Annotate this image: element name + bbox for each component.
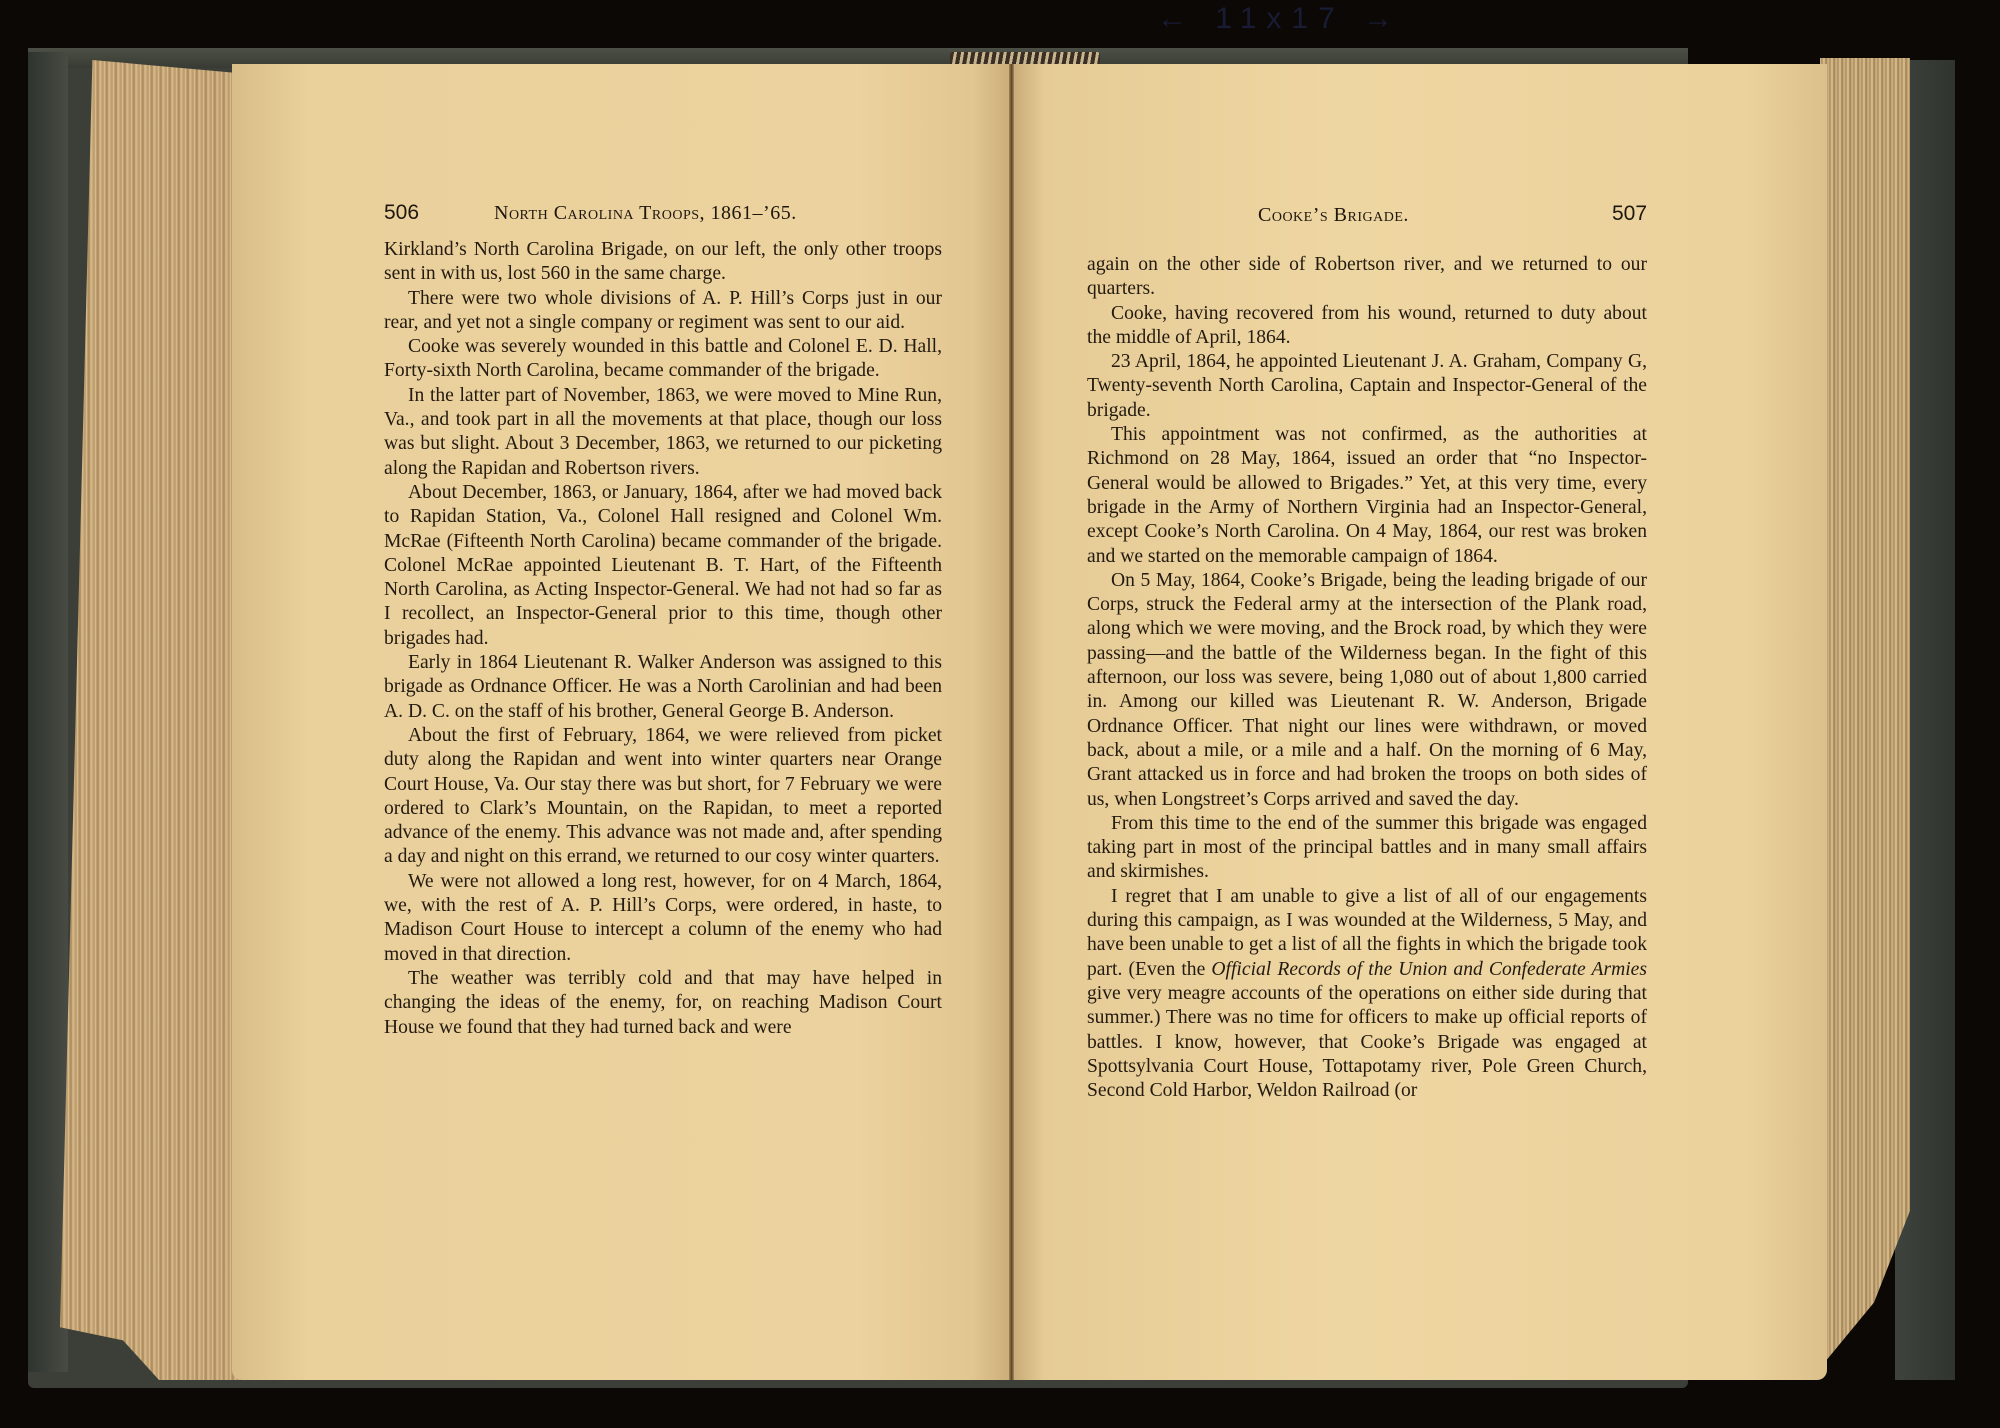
- paragraph: again on the other side of Robertson riv…: [1087, 253, 1647, 302]
- paragraph: We were not allowed a long rest, however…: [384, 870, 942, 967]
- italic-citation: Official Records of the Union and Confed…: [1211, 959, 1647, 980]
- paragraph: About the first of February, 1864, we we…: [384, 724, 942, 870]
- paragraph-text: give very meagre accounts of the operati…: [1087, 983, 1647, 1101]
- page-edges-right: [1820, 58, 1910, 1368]
- left-page-number: 506: [384, 201, 419, 225]
- scan-size-label: ← 11x17 →: [1090, 2, 1470, 42]
- paragraph: This appointment was not confirmed, as t…: [1087, 423, 1647, 569]
- right-running-head: Cooke’s Brigade.: [1258, 204, 1409, 227]
- left-page-body: Kirkland’s North Carolina Brigade, on ou…: [384, 238, 942, 1040]
- paragraph: About December, 1863, or January, 1864, …: [384, 481, 942, 651]
- paragraph: Early in 1864 Lieutenant R. Walker Ander…: [384, 651, 942, 724]
- paragraph-with-citation: I regret that I am unable to give a list…: [1087, 885, 1647, 1104]
- paragraph: There were two whole divisions of A. P. …: [384, 287, 942, 336]
- book-gutter: [1009, 64, 1014, 1380]
- paragraph: In the latter part of November, 1863, we…: [384, 384, 942, 481]
- paragraph: On 5 May, 1864, Cooke’s Brigade, being t…: [1087, 569, 1647, 812]
- right-page-number: 507: [1612, 202, 1647, 226]
- right-page-body: again on the other side of Robertson riv…: [1087, 253, 1647, 1103]
- paragraph: Cooke, having recovered from his wound, …: [1087, 302, 1647, 351]
- paragraph: From this time to the end of the summer …: [1087, 812, 1647, 885]
- book-cover-left-edge: [28, 52, 68, 1372]
- left-running-head: North Carolina Troops, 1861–’65.: [494, 202, 797, 225]
- paragraph: 23 April, 1864, he appointed Lieutenant …: [1087, 350, 1647, 423]
- paragraph: The weather was terribly cold and that m…: [384, 967, 942, 1040]
- paragraph: Kirkland’s North Carolina Brigade, on ou…: [384, 238, 942, 287]
- paragraph: Cooke was severely wounded in this battl…: [384, 335, 942, 384]
